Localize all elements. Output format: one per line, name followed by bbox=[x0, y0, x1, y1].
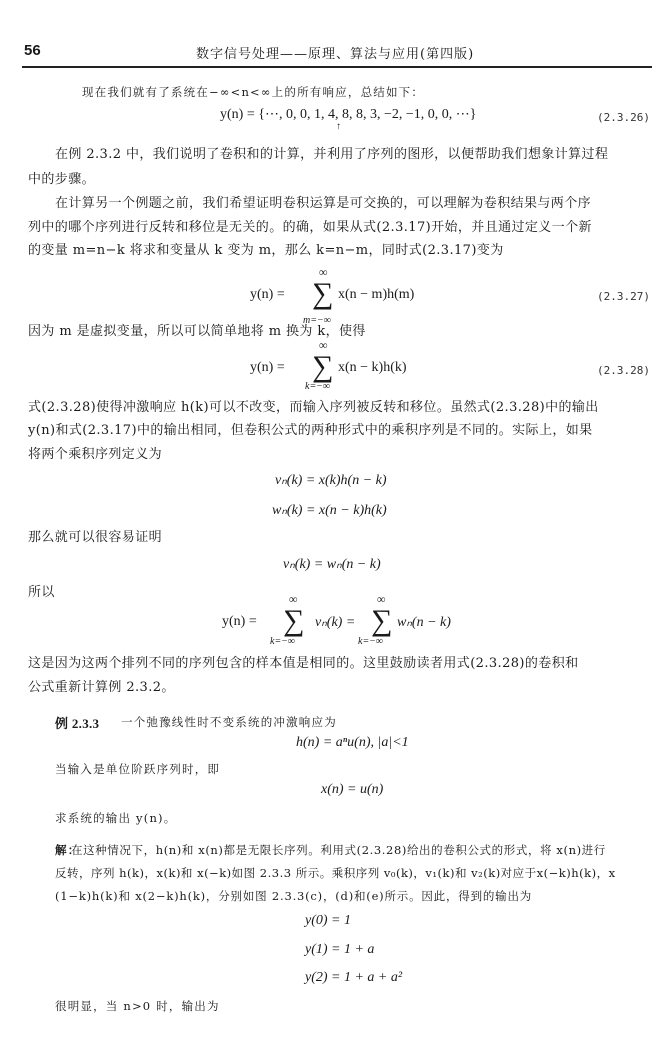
example-ask: 求系统的输出 y(n)。 bbox=[55, 810, 176, 826]
example-input-text: 当输入是单位阶跃序列时，即 bbox=[55, 761, 220, 777]
equation-number: (2.3.28) bbox=[597, 364, 650, 377]
paragraph-7-line-1: 这是因为这两个排列不同的序列包含的样本值是相同的。这里鼓励读者用式(2.3.28… bbox=[28, 657, 579, 670]
solution-line-2: 反转，序列 h(k)，x(k)和 x(−k)如图 2.3.3 所示。乘积序列 v… bbox=[55, 865, 616, 881]
solution-line-3: (1−k)h(k)和 x(2−k)h(k)，分别如图 2.3.3(c)，(d)和… bbox=[55, 888, 532, 904]
equation-sum-rhs: wₙ(n − k) bbox=[397, 614, 451, 631]
summation-icon: ∑ bbox=[312, 352, 333, 382]
running-title: 数字信号处理——原理、算法与应用(第四版) bbox=[196, 43, 474, 62]
equation-sum-lhs: y(n) = bbox=[222, 614, 257, 630]
intro-text: 现在我们就有了系统在−∞<n<∞上的所有响应，总结如下： bbox=[82, 84, 424, 100]
paragraph-1-line-2: 中的步骤。 bbox=[28, 173, 95, 186]
equation-number: (2.3.26) bbox=[597, 111, 650, 124]
paragraph-4-line-3: 将两个乘积序列定义为 bbox=[28, 448, 162, 461]
summation-icon: ∑ bbox=[371, 606, 392, 636]
paragraph-2-line-3: 的变量 m=n−k 将求和变量从 k 变为 m，那么 k=n−m，同时式(2.3… bbox=[28, 244, 504, 257]
paragraph-4-line-2: y(n)和式(2.3.17)中的输出相同，但卷积公式的两种形式中的乘积序列是不同… bbox=[28, 424, 593, 437]
closing-text: 很明显，当 n>0 时，输出为 bbox=[55, 998, 220, 1014]
equation-2-3-27-rhs: x(n − m)h(m) bbox=[338, 287, 414, 303]
page-number: 56 bbox=[24, 42, 41, 59]
equation-y1: y(1) = 1 + a bbox=[305, 942, 374, 958]
sum-lower-limit: k=−∞ bbox=[305, 381, 330, 392]
summation-icon: ∑ bbox=[283, 606, 304, 636]
equation-number: (2.3.27) bbox=[597, 290, 650, 303]
paragraph-5: 那么就可以很容易证明 bbox=[28, 531, 162, 544]
equation-sum-mid: vₙ(k) = bbox=[315, 614, 355, 631]
paragraph-4-line-1: 式(2.3.28)使得冲激响应 h(k)可以不改变，而输入序列被反转和移位。虽然… bbox=[28, 401, 599, 414]
paragraph-2-line-1: 在计算另一个例题之前，我们希望证明卷积运算是可交换的，可以理解为卷积结果与两个序 bbox=[55, 197, 591, 210]
paragraph-7-line-2: 公式重新计算例 2.3.2。 bbox=[28, 681, 175, 694]
equation-h: h(n) = aⁿu(n), |a|<1 bbox=[296, 735, 409, 751]
equation-2-3-27-lhs: y(n) = bbox=[250, 287, 285, 303]
sum-lower-limit: k=−∞ bbox=[358, 636, 383, 647]
origin-arrow-icon: ↑ bbox=[336, 121, 341, 132]
equation-wn: wₙ(k) = x(n − k)h(k) bbox=[272, 502, 387, 519]
equation-x: x(n) = u(n) bbox=[321, 782, 383, 798]
sum-lower-limit: k=−∞ bbox=[270, 636, 295, 647]
summation-icon: ∑ bbox=[312, 279, 333, 309]
example-label: 例 2.3.3 bbox=[55, 713, 99, 732]
equation-vn: vₙ(k) = x(k)h(n − k) bbox=[275, 472, 387, 489]
header-rule bbox=[22, 66, 652, 68]
equation-2-3-28-lhs: y(n) = bbox=[250, 360, 285, 376]
paragraph-2-line-2: 列中的哪个序列进行反转和移位是无关的。的确，如果从式(2.3.17)开始，并且通… bbox=[28, 221, 592, 234]
paragraph-1-line-1: 在例 2.3.2 中，我们说明了卷积和的计算，并利用了序列的图形，以便帮助我们想… bbox=[55, 148, 608, 161]
equation-2-3-28-rhs: x(n − k)h(k) bbox=[338, 360, 407, 376]
paragraph-6: 所以 bbox=[28, 586, 55, 599]
example-intro: 一个弛豫线性时不变系统的冲激响应为 bbox=[121, 714, 337, 730]
equation-2-3-26: y(n) = {⋯, 0, 0, 1, 4, 8, 8, 3, −2, −1, … bbox=[220, 106, 476, 123]
solution-line-1: 在这种情况下，h(n)和 x(n)都是无限长序列。利用式(2.3.28)给出的卷… bbox=[71, 842, 606, 858]
equation-y0: y(0) = 1 bbox=[305, 913, 351, 929]
equation-vn-wn: vₙ(k) = wₙ(n − k) bbox=[283, 556, 381, 573]
equation-y2: y(2) = 1 + a + a² bbox=[305, 970, 402, 986]
paragraph-3: 因为 m 是虚拟变量，所以可以简单地将 m 换为 k，使得 bbox=[28, 325, 366, 338]
